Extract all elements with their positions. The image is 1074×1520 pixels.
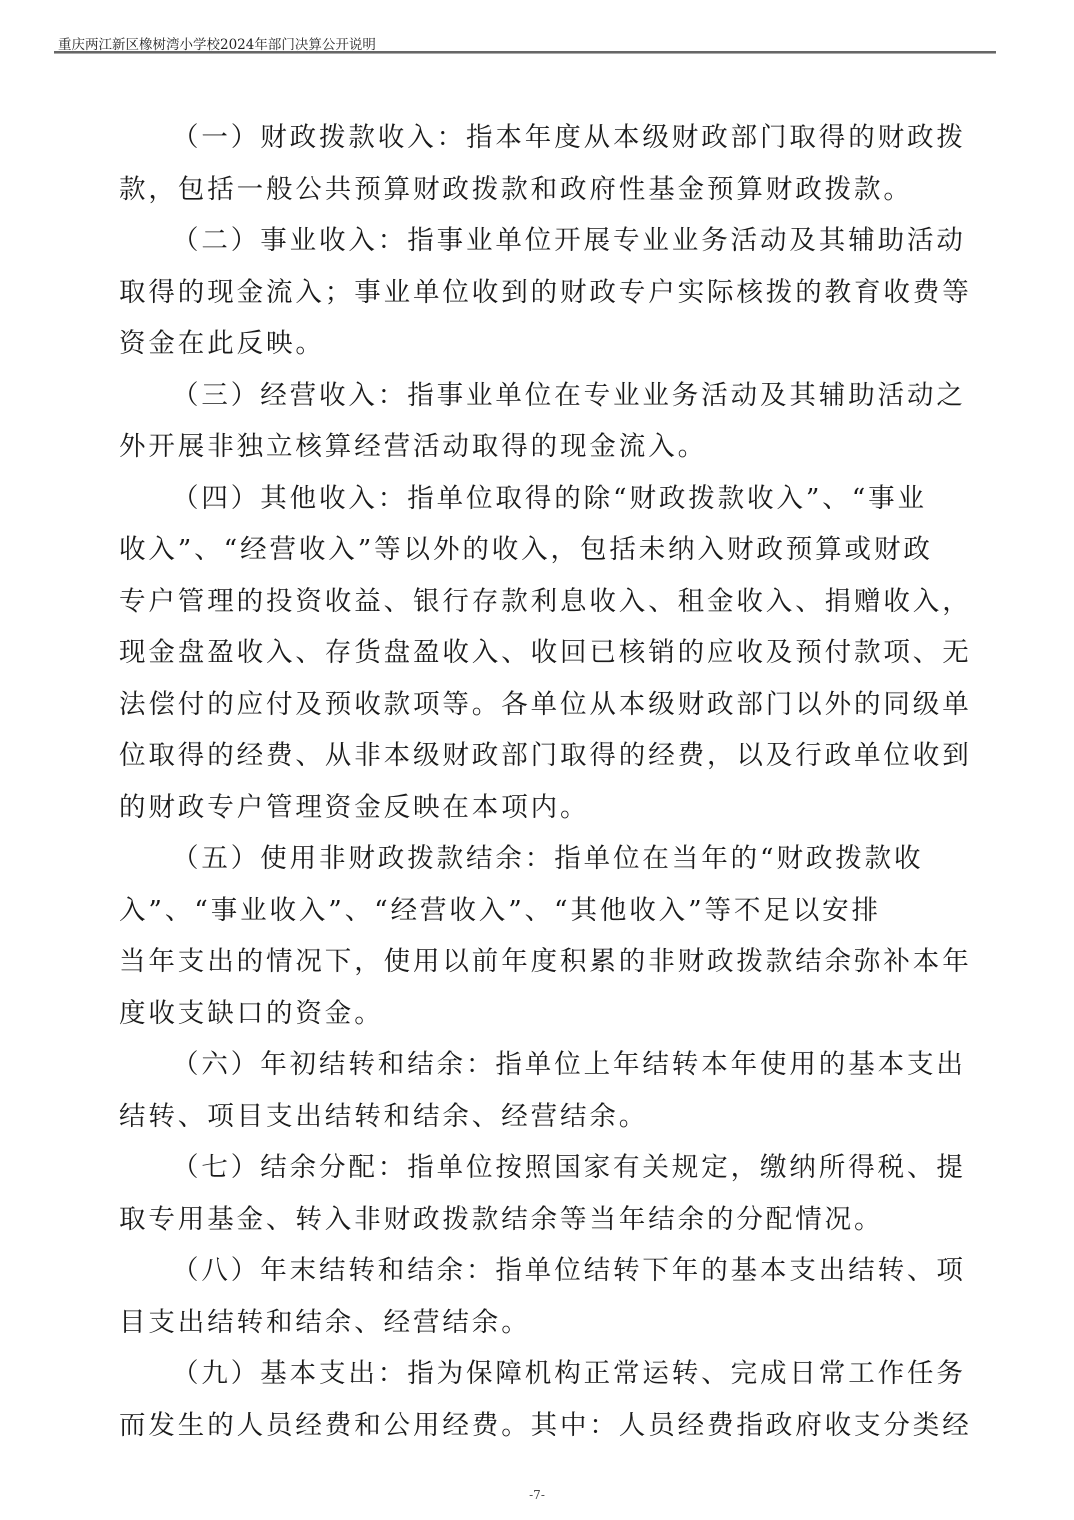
text-line: 法偿付的应付及预收款项等。各单位从本级财政部门以外的同级单 (119, 679, 959, 731)
text-line: （一）财政拨款收入：指本年度从本级财政部门取得的财政拨 (119, 112, 959, 164)
text-line: 取得的现金流入；事业单位收到的财政专户实际核拨的教育收费等 (119, 267, 959, 319)
paragraph-9: （九）基本支出：指为保障机构正常运转、完成日常工作任务而发生的人员经费和公用经费… (119, 1348, 959, 1451)
text-line: 取专用基金、转入非财政拨款结余等当年结余的分配情况。 (119, 1194, 959, 1246)
text-line: 专户管理的投资收益、银行存款利息收入、租金收入、捐赠收入， (119, 576, 959, 628)
text-line: （九）基本支出：指为保障机构正常运转、完成日常工作任务 (119, 1348, 959, 1400)
paragraph-8: （八）年末结转和结余：指单位结转下年的基本支出结转、项目支出结转和结余、经营结余… (119, 1245, 959, 1348)
paragraph-3: （三）经营收入：指事业单位在专业业务活动及其辅助活动之外开展非独立核算经营活动取… (119, 370, 959, 473)
page-number: -7- (0, 1488, 1074, 1502)
paragraph-4: （四）其他收入：指单位取得的除“财政拨款收入”、“事业收入”、“经营收入”等以外… (119, 473, 959, 834)
text-line: 位取得的经费、从非本级财政部门取得的经费，以及行政单位收到 (119, 730, 959, 782)
text-line: 结转、项目支出结转和结余、经营结余。 (119, 1091, 959, 1143)
text-line: 度收支缺口的资金。 (119, 988, 959, 1040)
text-line: （四）其他收入：指单位取得的除“财政拨款收入”、“事业 (119, 473, 959, 525)
paragraph-6: （六）年初结转和结余：指单位上年结转本年使用的基本支出结转、项目支出结转和结余、… (119, 1039, 959, 1142)
text-line: （三）经营收入：指事业单位在专业业务活动及其辅助活动之 (119, 370, 959, 422)
paragraph-7: （七）结余分配：指单位按照国家有关规定，缴纳所得税、提取专用基金、转入非财政拨款… (119, 1142, 959, 1245)
paragraph-1: （一）财政拨款收入：指本年度从本级财政部门取得的财政拨款，包括一般公共预算财政拨… (119, 112, 959, 215)
text-line: （六）年初结转和结余：指单位上年结转本年使用的基本支出 (119, 1039, 959, 1091)
text-line: 而发生的人员经费和公用经费。其中：人员经费指政府收支分类经 (119, 1400, 959, 1452)
text-line: （二）事业收入：指事业单位开展专业业务活动及其辅助活动 (119, 215, 959, 267)
document-body: （一）财政拨款收入：指本年度从本级财政部门取得的财政拨款，包括一般公共预算财政拨… (119, 112, 959, 1451)
running-header: 重庆两江新区橡树湾小学校2024年部门决算公开说明 (58, 33, 376, 53)
text-line: 款，包括一般公共预算财政拨款和政府性基金预算财政拨款。 (119, 164, 959, 216)
text-line: 目支出结转和结余、经营结余。 (119, 1297, 959, 1349)
text-line: 资金在此反映。 (119, 318, 959, 370)
header-divider (54, 51, 996, 54)
text-line: 现金盘盈收入、存货盘盈收入、收回已核销的应收及预付款项、无 (119, 627, 959, 679)
paragraph-5: （五）使用非财政拨款结余：指单位在当年的“财政拨款收入”、“事业收入”、“经营收… (119, 833, 959, 1039)
text-line: （五）使用非财政拨款结余：指单位在当年的“财政拨款收 (119, 833, 959, 885)
text-line: 当年支出的情况下，使用以前年度积累的非财政拨款结余弥补本年 (119, 936, 959, 988)
text-line: 的财政专户管理资金反映在本项内。 (119, 782, 959, 834)
text-line: 外开展非独立核算经营活动取得的现金流入。 (119, 421, 959, 473)
text-line: （七）结余分配：指单位按照国家有关规定，缴纳所得税、提 (119, 1142, 959, 1194)
text-line: 入”、“事业收入”、“经营收入”、“其他收入”等不足以安排 (119, 885, 959, 937)
text-line: （八）年末结转和结余：指单位结转下年的基本支出结转、项 (119, 1245, 959, 1297)
text-line: 收入”、“经营收入”等以外的收入，包括未纳入财政预算或财政 (119, 524, 959, 576)
paragraph-2: （二）事业收入：指事业单位开展专业业务活动及其辅助活动取得的现金流入；事业单位收… (119, 215, 959, 370)
